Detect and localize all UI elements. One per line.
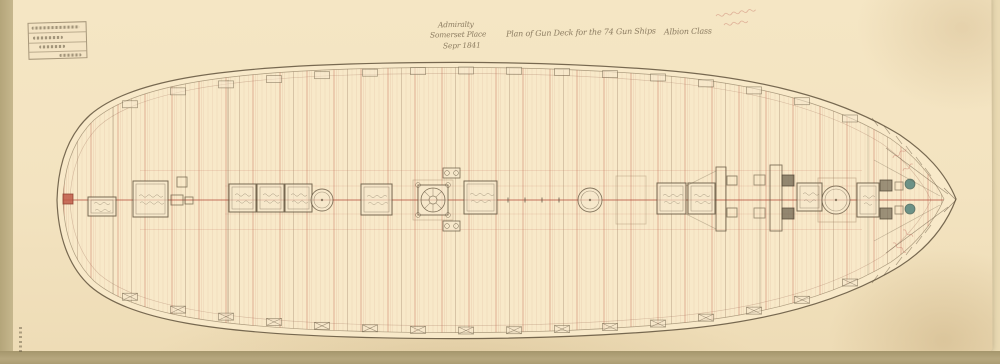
stern-structure xyxy=(133,181,168,217)
fore-capstan xyxy=(822,186,850,214)
after-hatchway xyxy=(285,184,312,212)
stern-red-marker xyxy=(63,194,73,204)
scanned-ship-plan: Admiralty Somerset Place Sepr 1841 Plan … xyxy=(0,0,1000,364)
riding-bitt-dark xyxy=(880,180,892,191)
topsail-sheet-bitts xyxy=(443,168,460,178)
main-capstan xyxy=(413,180,453,220)
hatchway xyxy=(361,184,392,215)
bowsprit-fitting-teal xyxy=(905,179,915,189)
fore-hatchway xyxy=(657,183,686,214)
pencil-annotation xyxy=(716,9,756,18)
topsail-sheet-bitts xyxy=(443,221,460,231)
riding-bitt-dark xyxy=(880,208,892,219)
bow-scuttle xyxy=(857,183,879,217)
main-hatchway xyxy=(464,181,497,214)
bitt-head-dark xyxy=(782,175,794,186)
fore-hatchway xyxy=(688,183,715,214)
gun-deck-plan-drawing xyxy=(0,0,1000,364)
bitt-head-dark xyxy=(782,208,794,219)
pencil-annotation xyxy=(724,20,748,26)
main-mast-partners xyxy=(578,188,602,212)
bowsprit-fitting-teal xyxy=(905,204,915,214)
mizzen-mast-partners xyxy=(311,189,333,211)
after-hatchway xyxy=(257,184,284,212)
stern-small-hatch xyxy=(88,197,116,216)
after-hatchway xyxy=(229,184,256,212)
